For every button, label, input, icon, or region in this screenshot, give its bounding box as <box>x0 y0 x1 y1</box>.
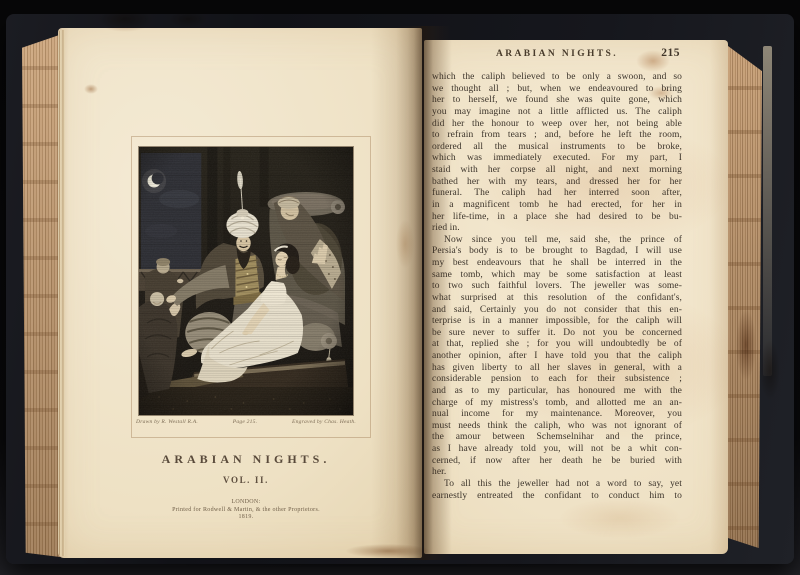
text-line: terprise is in a manner impossible, for … <box>432 316 682 328</box>
text-line: the amour between Schemselnihar and the … <box>432 432 682 444</box>
text-line: to refrain from tears ; and, before he l… <box>432 130 682 142</box>
text-line: Persia's body is to be brought to Bagdad… <box>432 246 682 258</box>
text-line: and as to my particular, has honoured me… <box>432 386 682 398</box>
text-line: we thought all ; but, when we endeavoure… <box>432 84 682 96</box>
text-line: ordered all the musical instruments to b… <box>432 142 682 154</box>
text-line: another opinion, after I have told you t… <box>432 351 682 363</box>
imprint-line-1: LONDON: <box>58 499 434 507</box>
endpaper-sliver <box>763 46 772 376</box>
text-line: staid with her corpse all night, and nex… <box>432 165 682 177</box>
plate-caption-artist: Drawn by R. Westall R.A. <box>136 419 198 425</box>
text-line: in a magnificent tomb he had erected, fo… <box>432 200 682 212</box>
volume-label: VOL. II. <box>58 475 434 485</box>
imprint: LONDON: Printed for Rodwell & Martin, & … <box>58 499 434 522</box>
text-line: has given liberty to all her slaves in g… <box>432 363 682 375</box>
text-line: earnestly entreated the confidant to con… <box>432 491 682 503</box>
plate-caption-page-ref: Page 215. <box>233 419 257 425</box>
text-line: what surprised at this resolution of the… <box>432 293 682 305</box>
book-title: ARABIAN NIGHTS. <box>58 452 434 467</box>
plate-caption-engraver: Engraved by Chas. Heath. <box>292 419 356 425</box>
text-line: considerable pension to each for their s… <box>432 374 682 386</box>
text-line: did her the honour to weep over her, not… <box>432 119 682 131</box>
text-line: my best endeavours that he shall be inte… <box>432 258 682 270</box>
text-line: be sure never to suffer it. Do not you b… <box>432 328 682 340</box>
text-line: her life-time, in a place she had desire… <box>432 212 682 224</box>
imprint-line-3: 1819. <box>58 514 434 522</box>
running-header: ARABIAN NIGHTS. 215 <box>432 49 682 59</box>
text-line: must needs think the caliph, who was not… <box>432 421 682 433</box>
text-line: funeral. The caliph had her interred soo… <box>432 188 682 200</box>
engraving-illustration <box>139 147 353 415</box>
right-page-body: which the caliph believed to be only a s… <box>432 72 682 502</box>
page-edges-right <box>728 46 762 548</box>
text-line: cerned, if now after her death he be bur… <box>432 456 682 468</box>
text-line: at that, replied she ; for you will undo… <box>432 339 682 351</box>
book-photograph: Drawn by R. Westall R.A. Page 215. Engra… <box>0 0 800 575</box>
text-line: same tomb, which may be some satisfactio… <box>432 270 682 282</box>
text-line: nual income for my maintenance. Moreover… <box>432 409 682 421</box>
text-line: and said, Certainly you do not consider … <box>432 305 682 317</box>
text-line: which the caliph believed to be only a s… <box>432 72 682 84</box>
running-header-title: ARABIAN NIGHTS. <box>496 49 618 59</box>
text-line: as I have already told you, will not be … <box>432 444 682 456</box>
text-line: her. <box>432 467 682 479</box>
text-line: To all this the jeweller had not a word … <box>432 479 682 491</box>
page-number: 215 <box>661 47 680 59</box>
engraving-plate <box>139 147 353 415</box>
text-line: Now since you tell me, said she, the pri… <box>432 235 682 247</box>
text-line: bathed her with my tears, and dressed he… <box>432 177 682 189</box>
plate-caption: Drawn by R. Westall R.A. Page 215. Engra… <box>136 419 356 425</box>
text-line: which was immediately executed. For my p… <box>432 153 682 165</box>
text-line: her to herself, we found she was quite g… <box>432 95 682 107</box>
imprint-line-2: Printed for Rodwell & Martin, & the othe… <box>58 507 434 515</box>
text-line: to two such faithful lovers. The jewelle… <box>432 281 682 293</box>
text-line: charge of my mistress's tomb, and allott… <box>432 398 682 410</box>
text-line: you may imagine not a little afflicted u… <box>432 107 682 119</box>
title-block: ARABIAN NIGHTS. VOL. II. LONDON: Printed… <box>58 452 434 522</box>
text-line: ried in. <box>432 223 682 235</box>
